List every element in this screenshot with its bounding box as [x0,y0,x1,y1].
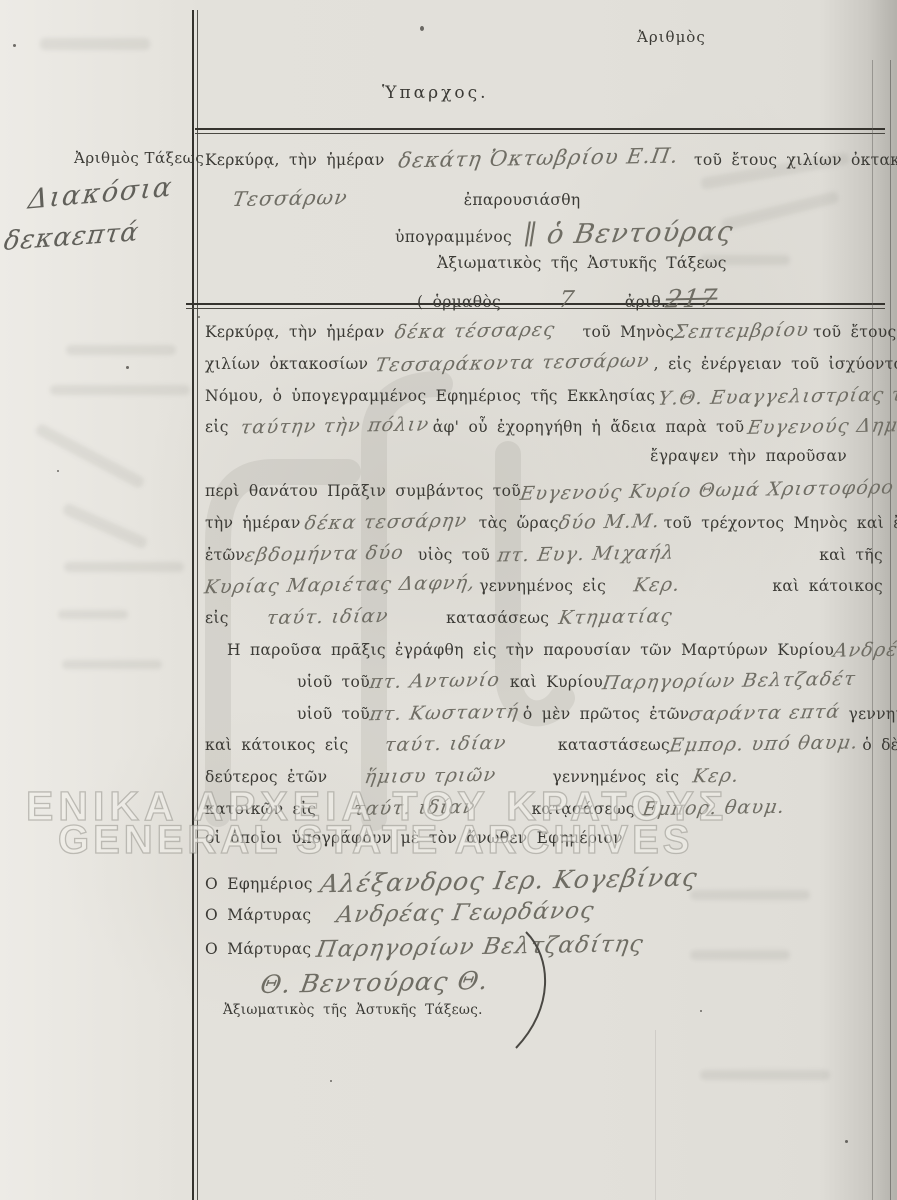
handwritten-text: ∥ ὁ Βεντούρας [521,216,736,251]
record-line: υἱοῦ τοῦπτ. Κωσταντήὁ μὲν πρῶτος ἐτῶνσαρ… [205,702,883,734]
handwritten-text: Ανδρέα Γεωρδάνου [832,636,897,662]
printed-text: τοῦ ἔτους χιλίων ὀκτακοσίων [694,151,897,169]
order-number-handwritten-2: δεκαεπτά [2,217,141,257]
record-line: Κυρίας Μαριέτας Δαφνή,γεννημένος εἰςΚερ.… [205,574,883,606]
printed-text: γεννημένος εἰς [849,705,897,723]
signature-line-witness-2: Ο ΜάρτυραςΠαρηγορίων Βελτζαδίτης [205,934,845,968]
form-vertical-rule [192,10,198,1200]
handwritten-text: Σεπτεμβρίου [672,319,811,343]
signature-line-officer: Θ. Βεντούρας Θ. [205,968,845,1002]
bleed-through-smudge [50,385,190,395]
handwritten-text: Ανδρέας Γεωρδάνος [335,898,597,928]
printed-text: Κερκύρᾳ, τὴν ἡμέραν [205,151,385,169]
signatures-block: Ο ΕφημέριοςΑλέξανδρος Ιερ. Κογεβίνας Ο Μ… [205,866,845,1036]
printed-text: καὶ κάτοικος [772,577,883,595]
handwritten-text: ἥμισυ τριῶν [363,764,498,788]
header-line: Ἀξιωματικὸς τῆς Ἀστυκῆς Τάξεως [205,254,881,284]
record-line: περὶ θανάτου Πρᾶξιν συμβάντος τοῦΕυγενού… [205,479,883,511]
record-line: κατοικῶν εἰςταύτ. ιδίανκατᾳσάσεωςΕμπορ. … [205,797,883,829]
handwritten-text: εβδομήντα δύο [243,541,406,566]
ink-speck [420,26,424,31]
printed-text: γεννημένος εἰς [552,768,679,786]
printed-text: Ο Εφημέριος [205,875,313,893]
record-line: ἔγραψεν τὴν παροῦσαν [205,447,883,479]
printed-text: τοῦ τρέχοντος Μηνὸς καὶ ἔτους [664,514,897,532]
printed-text: ἀριθ. [625,293,666,311]
handwritten-text: Ευγενούς Κυρίο Θωμά Χριστοφόρο Ρίκκι [519,475,897,505]
handwritten-text: Παρηγορίων Βελτζαδίτης [315,931,646,963]
handwritten-text: δύο Μ.Μ. [557,510,662,534]
printed-text: Κερκύρᾳ, τὴν ἡμέραν [205,323,385,341]
record-line: καὶ κάτοικος εἰςταύτ. ιδίανκαταστάσεωςΕμ… [205,733,883,765]
handwritten-text: Θ. Βεντούρας Θ. [258,966,491,999]
printed-text: κατοικῶν εἰς [205,800,316,818]
handwritten-text: Εμπορ. θαυμ. [641,796,787,820]
printed-text: χιλίων ὀκτακοσίων [205,355,368,373]
ink-speck [198,316,200,318]
signature-line-priest: Ο ΕφημέριοςΑλέξανδρος Ιερ. Κογεβίνας [205,866,845,900]
ink-speck [330,1080,332,1082]
handwritten-text: σαράντα επτά [687,700,842,725]
printed-text: κατᾳσάσεως [532,800,635,818]
bleed-through-smudge [66,345,176,355]
header-line: Τεσσάρωνἐπαρουσιάσθη [205,186,881,218]
handwritten-text: ταύτ. ιδίαν [383,732,508,756]
page-title: Ὑπαρχος. [382,83,489,103]
printed-text: υἱοῦ τοῦ [297,705,370,723]
printed-text: καὶ κάτοικος εἰς [205,736,349,754]
handwritten-text: 217 [664,284,720,314]
printed-text: εἰς [205,418,229,436]
handwritten-text: Κερ. [691,765,741,788]
bleed-through-smudge [58,610,128,619]
printed-text: κατασάσεως [446,609,549,627]
order-number-handwritten-1: Διακόσια [26,171,175,215]
ink-speck [57,470,59,472]
bleed-through-smudge [62,660,162,669]
handwritten-text: Τεσσαράκοντα τεσσάρων [374,349,652,376]
printed-text: Ο Μάρτυρας [205,940,311,958]
printed-text: τὰς ὥρας [479,514,559,532]
handwritten-text: ταύτ. ιδίαν [352,796,477,820]
printed-text: ἀφ' οὗ ἐχορηγήθη ἡ ἄδεια παρὰ τοῦ [433,418,745,436]
printed-text: οἱ ὁποῖοι ὑπογράφουν μὲ τὸν ἄνωθεν Εφημέ… [205,829,623,847]
printed-text: ὁ δὲ [862,736,897,754]
bleed-through-smudge [61,502,148,550]
header-line: ( ὁρμαθὸς7ἀριθ.217 [205,284,881,314]
printed-text: καὶ Κυρίου [510,673,603,691]
ink-speck [126,366,129,369]
paper-fold-line [655,1030,656,1200]
handwritten-text: Ευγενούς Δημάρχου [746,414,897,440]
document-page: Ἀριθμὸς Ὑπαρχος. Ἀριθμὸς Τάξεως Διακόσια… [0,0,897,1200]
handwritten-text: Αλέξανδρος Ιερ. Κογεβίνας [318,863,700,899]
printed-text: υἱὸς τοῦ [418,546,490,564]
printed-text: δεύτερος ἐτῶν [205,768,327,786]
record-line: εἰςταύτην τὴν πόλινἀφ' οὗ ἐχορηγήθη ἡ ἄδ… [205,415,883,447]
printed-text: καταστάσεως [558,736,670,754]
printed-text: , εἰς ἐνέργειαν τοῦ ἰσχύοντος [654,355,897,373]
record-line: εἰςταύτ. ιδίανκατασάσεωςΚτηματίας [205,606,883,638]
bleed-through-smudge [40,38,150,50]
handwritten-text: πτ. Αντωνίο [368,669,502,693]
ink-speck [845,1140,848,1143]
bleed-through-smudge [700,1070,830,1080]
printed-text: ὁ μὲν πρῶτος ἐτῶν [523,705,690,723]
printed-text: ( ὁρμαθὸς [417,293,501,311]
printed-text: ἐπαρουσιάσθη [464,191,581,209]
header-line: Κερκύρᾳ, τὴν ἡμέρανδεκάτη Ὀκτωβρίου Ε.Π.… [205,146,881,186]
handwritten-text: Τεσσάρων [231,185,350,211]
printed-text: καὶ τῆς [819,546,883,564]
printed-text: Ο Μάρτυρας [205,906,311,924]
printed-text: ἔγραψεν τὴν παροῦσαν [650,447,847,465]
handwritten-text: Κυρίας Μαριέτας Δαφνή, [203,572,478,599]
printed-text: τοῦ Μηνὸς [583,323,675,341]
signature-line-witness-1: Ο ΜάρτυραςΑνδρέας Γεωρδάνος [205,900,845,934]
printed-text: περὶ θανάτου Πρᾶξιν συμβάντος τοῦ [205,482,521,500]
handwritten-text: Κτηματίας [557,605,674,629]
printed-text: Ἀξιωματικὸς τῆς Ἀστυκῆς Τάξεως [437,254,727,272]
record-line: ἐτῶνεβδομήντα δύουἱὸς τοῦπτ. Ευγ. Μιχαήλ… [205,543,883,575]
record-line: Κερκύρᾳ, τὴν ἡμέρανδέκα τέσσαρεςτοῦ Μηνὸ… [205,320,883,352]
handwritten-text: Κερ. [632,574,682,597]
ink-speck [700,1010,702,1012]
corner-number-label: Ἀριθμὸς [637,28,706,46]
printed-text: Ἀξιωματικὸς τῆς Ἀστυκῆς Τάξεως. [223,1002,483,1018]
handwritten-text: δέκα τέσσαρες [393,319,557,344]
handwritten-text: 7 [557,287,577,313]
handwritten-text: ταύτην τὴν πόλιν [239,414,431,439]
page-edge-line [890,60,891,1200]
printed-text: ὑπογραμμένος [395,228,512,246]
handwritten-text: Παρηγορίων Βελτζαδέτ [601,668,858,694]
handwritten-text: Εμπορ. υπό θαυμ. [668,732,860,757]
record-line: υἱοῦ τοῦπτ. Αντωνίοκαὶ ΚυρίουΠαρηγορίων … [205,670,883,702]
ink-speck [13,44,16,47]
printed-text: Η παροῦσα πρᾶξις ἐγράφθη εἰς τὴν παρουσί… [227,641,834,659]
bleed-through-smudge [34,423,146,490]
registration-header-block: Κερκύρᾳ, τὴν ἡμέρανδεκάτη Ὀκτωβρίου Ε.Π.… [205,146,881,314]
handwritten-text: δέκα τεσσάρην [303,509,469,534]
printed-text: τὴν ἡμέραν [205,514,301,532]
death-act-body: Κερκύρᾳ, τὴν ἡμέρανδέκα τέσσαρεςτοῦ Μηνὸ… [205,320,883,861]
record-line: χιλίων ὀκτακοσίωνΤεσσαράκοντα τεσσάρων, … [205,352,883,384]
printed-text: ἐτῶν [205,546,245,564]
handwritten-text: δεκάτη Ὀκτωβρίου Ε.Π. [396,144,680,173]
printed-text: υἱοῦ τοῦ [297,673,370,691]
record-line: Νόμου, ὁ ὑπογεγραμμένος Εφημέριος τῆς Εκ… [205,384,883,416]
handwritten-text: πτ. Κωσταντή [368,700,521,725]
printed-text: εἰς [205,609,229,627]
record-line: τὴν ἡμέρανδέκα τεσσάρηντὰς ὥραςδύο Μ.Μ.τ… [205,511,883,543]
printed-text: τοῦ ἔτους [813,323,896,341]
officer-title-line: Ἀξιωματικὸς τῆς Ἀστυκῆς Τάξεως. [205,1002,845,1036]
record-line: δεύτερος ἐτῶνἥμισυ τριῶνγεννημένος εἰςΚε… [205,765,883,797]
record-line: οἱ ὁποῖοι ὑπογράφουν μὲ τὸν ἄνωθεν Εφημέ… [205,829,883,861]
printed-text: γεννημένος εἰς [479,577,606,595]
record-line: Η παροῦσα πρᾶξις ἐγράφθη εἰς τὴν παρουσί… [205,638,883,670]
printed-text: Νόμου, ὁ ὑπογεγραμμένος Εφημέριος τῆς Εκ… [205,387,655,405]
handwritten-text: πτ. Ευγ. Μιχαήλ [496,541,677,566]
order-number-label: Ἀριθμὸς Τάξεως [74,149,204,167]
handwritten-text: Υ.Θ. Ευαγγελιστρίας τῆς Μητροπόλεως, [657,380,897,410]
header-line: ὑπογραμμένος∥ ὁ Βεντούρας [205,218,881,254]
bleed-through-smudge [64,562,184,572]
handwritten-text: ταύτ. ιδίαν [265,605,390,629]
form-horizontal-rule-top [195,128,885,134]
